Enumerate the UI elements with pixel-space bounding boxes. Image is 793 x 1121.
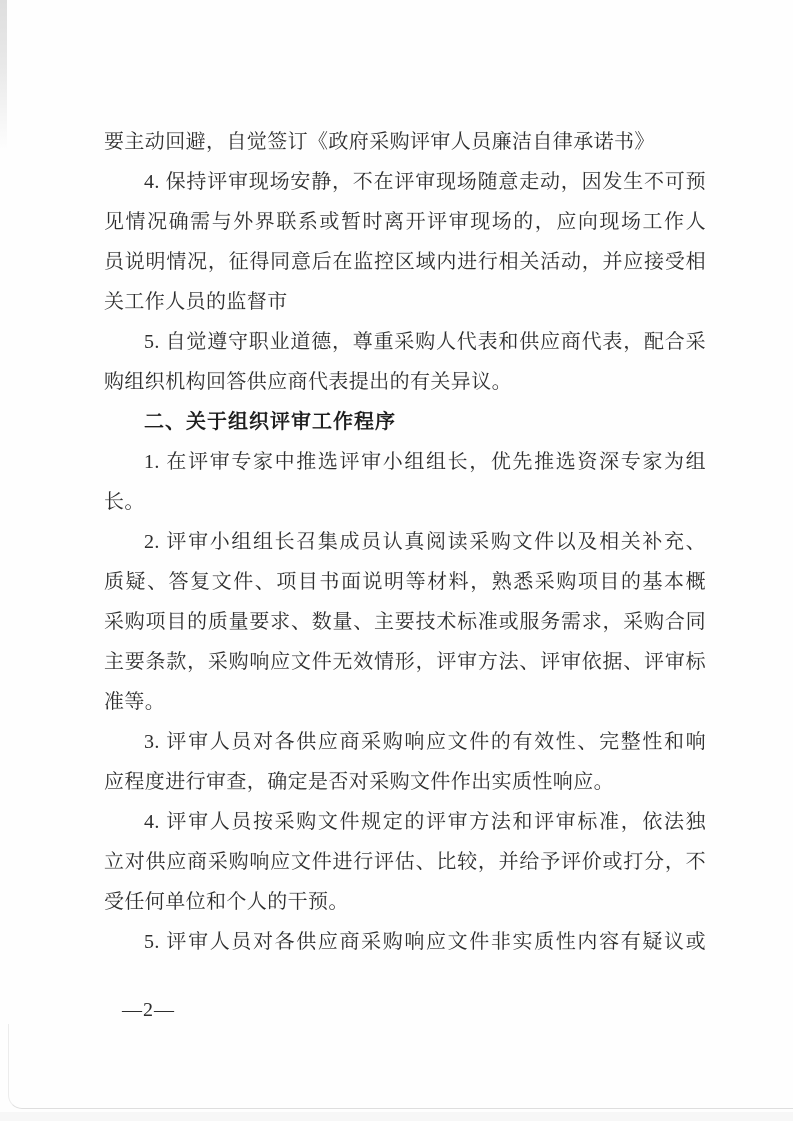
text-line: 立对供应商采购响应文件进行评估、比较，并给予评价或打分，不 [104, 842, 706, 882]
text-line: 4. 评审人员按采购文件规定的评审方法和评审标准，依法独 [104, 802, 706, 842]
text-line: 3. 评审人员对各供应商采购响应文件的有效性、完整性和响 [104, 722, 706, 762]
section-heading: 二、关于组织评审工作程序 [104, 402, 706, 442]
paper-edge-line [8, 1024, 793, 1109]
text-line: 长。 [104, 482, 706, 522]
text-line: 5. 评审人员对各供应商采购响应文件非实质性内容有疑议或 [104, 922, 706, 962]
page-number: —2— [122, 999, 175, 1022]
text-line: 质疑、答复文件、项目书面说明等材料，熟悉采购项目的基本概况， [104, 562, 706, 602]
document-body-text: 要主动回避，自觉签订《政府采购评审人员廉洁自律承诺书》 4. 保持评审现场安静，… [104, 122, 706, 962]
text-line: 2. 评审小组组长召集成员认真阅读采购文件以及相关补充、 [104, 522, 706, 562]
text-line: 5. 自觉遵守职业道德，尊重采购人代表和供应商代表，配合采 [104, 322, 706, 362]
text-line: 1. 在评审专家中推选评审小组组长，优先推选资深专家为组 [104, 442, 706, 482]
text-line: 要主动回避，自觉签订《政府采购评审人员廉洁自律承诺书》 [104, 122, 706, 162]
text-line: 采购项目的质量要求、数量、主要技术标准或服务需求，采购合同 [104, 602, 706, 642]
scanned-document-page: 要主动回避，自觉签订《政府采购评审人员廉洁自律承诺书》 4. 保持评审现场安静，… [0, 0, 793, 1121]
scan-bottom-shade [0, 1112, 793, 1121]
text-line: 购组织机构回答供应商代表提出的有关异议。 [104, 362, 706, 402]
text-line: 准等。 [104, 682, 706, 722]
text-line: 4. 保持评审现场安静，不在评审现场随意走动，因发生不可预 [104, 162, 706, 202]
text-line: 应程度进行审查，确定是否对采购文件作出实质性响应。 [104, 762, 706, 802]
text-line: 受任何单位和个人的干预。 [104, 882, 706, 922]
scan-edge-artifact [0, 0, 7, 150]
text-line: 见情况确需与外界联系或暂时离开评审现场的，应向现场工作人 [104, 202, 706, 242]
text-line: 员说明情况，征得同意后在监控区域内进行相关活动，并应接受相 [104, 242, 706, 282]
text-line: 主要条款，采购响应文件无效情形，评审方法、评审依据、评审标 [104, 642, 706, 682]
text-line: 关工作人员的监督市 [104, 282, 706, 322]
